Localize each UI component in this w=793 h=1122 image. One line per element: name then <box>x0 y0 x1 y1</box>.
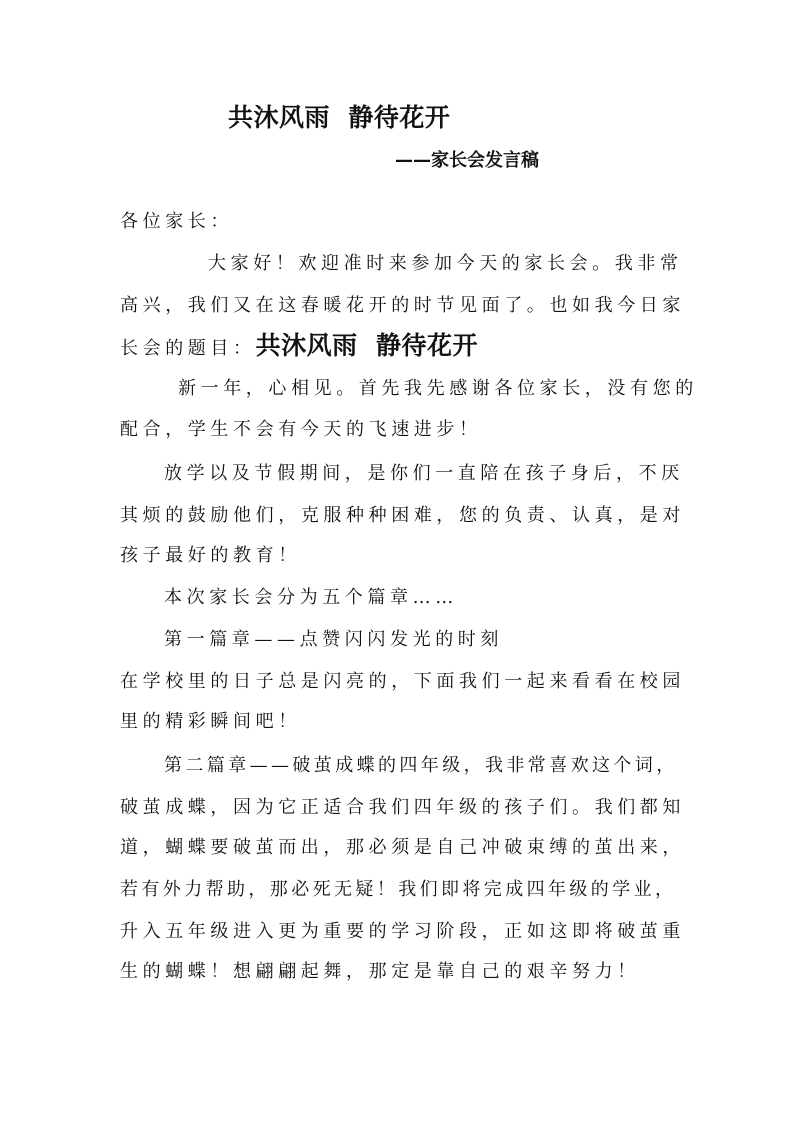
paragraph-line: 新一年，心相见。首先我先感谢各位家长，没有您的 <box>178 377 698 401</box>
paragraph-line: 配合，学生不会有今天的飞速进步！ <box>120 418 482 442</box>
paragraph-line: 大家好！欢迎准时来参加今天的家长会。我非常 <box>208 252 683 276</box>
paragraph-line: 若有外力帮助，那必死无疑！我们即将完成四年级的学业， <box>120 878 676 902</box>
paragraph-line: 本次家长会分为五个篇章…… <box>164 586 458 610</box>
chapter-heading: 第一篇章——点赞闪闪发光的时刻 <box>164 628 503 652</box>
paragraph-line: 生的蝴蝶！想翩翩起舞，那定是靠自己的艰辛努力！ <box>120 960 640 984</box>
paragraph-line: 其烦的鼓励他们，克服种种困难，您的负责、认真，是对 <box>120 504 685 528</box>
paragraph-line: 长会的题目：共沐风雨 静待花开 <box>120 334 478 361</box>
paragraph-line: 孩子最好的教育！ <box>120 544 301 568</box>
inline-title: 共沐风雨 静待花开 <box>256 331 478 360</box>
paragraph-line: 里的精彩瞬间吧！ <box>120 710 301 734</box>
paragraph-line: 道，蝴蝶要破茧而出，那必须是自己冲破束缚的茧出来， <box>120 836 685 860</box>
document-subtitle: ——家长会发言稿 <box>395 146 539 172</box>
paragraph-line: 高兴，我们又在这春暖花开的时节见面了。也如我今日家 <box>120 294 685 318</box>
paragraph-line: 第二篇章——破茧成蝶的四年级，我非常喜欢这个词， <box>164 754 678 778</box>
paragraph-line: 破茧成蝶，因为它正适合我们四年级的孩子们。我们都知 <box>120 796 685 820</box>
paragraph-line: 在学校里的日子总是闪亮的，下面我们一起来看看在校园 <box>120 670 685 694</box>
salutation: 各位家长： <box>120 210 233 234</box>
paragraph-text: 长会的题目： <box>120 338 256 359</box>
paragraph-line: 放学以及节假期间，是你们一直陪在孩子身后，不厌 <box>164 462 684 486</box>
document-title: 共沐风雨 静待花开 <box>228 98 450 134</box>
paragraph-line: 升入五年级进入更为重要的学习阶段，正如这即将破茧重 <box>120 920 685 944</box>
